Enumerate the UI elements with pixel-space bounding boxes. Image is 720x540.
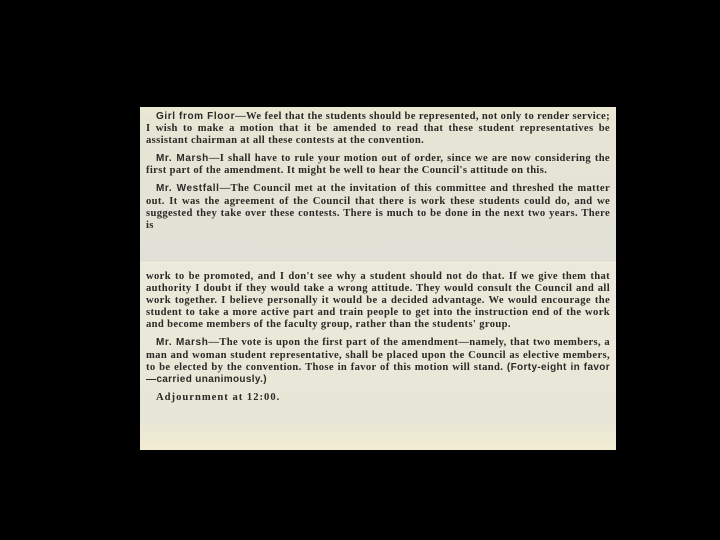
paragraph-text: —I shall have to rule your motion out of… xyxy=(146,153,610,176)
paragraph-mr-marsh-2: Mr. Marsh—The vote is upon the first par… xyxy=(146,337,610,385)
speaker-name: Girl from Floor xyxy=(156,111,235,122)
speaker-name: Mr. Westfall xyxy=(156,183,220,194)
paragraph-mr-westfall: Mr. Westfall—The Council met at the invi… xyxy=(146,183,610,231)
speaker-name: Mr. Marsh xyxy=(156,337,208,348)
adjournment-line: Adjournment at 12:00. xyxy=(146,392,610,404)
paragraph-mr-marsh-1: Mr. Marsh—I shall have to rule your moti… xyxy=(146,153,610,177)
speaker-name: Mr. Marsh xyxy=(156,153,209,164)
document-clipping-top: Girl from Floor—We feel that the student… xyxy=(140,107,616,264)
paragraph-girl-from-floor: Girl from Floor—We feel that the student… xyxy=(146,111,610,147)
document-clipping-bottom: work to be promoted, and I don't see why… xyxy=(140,262,616,450)
paragraph-continuation: work to be promoted, and I don't see why… xyxy=(146,271,610,331)
